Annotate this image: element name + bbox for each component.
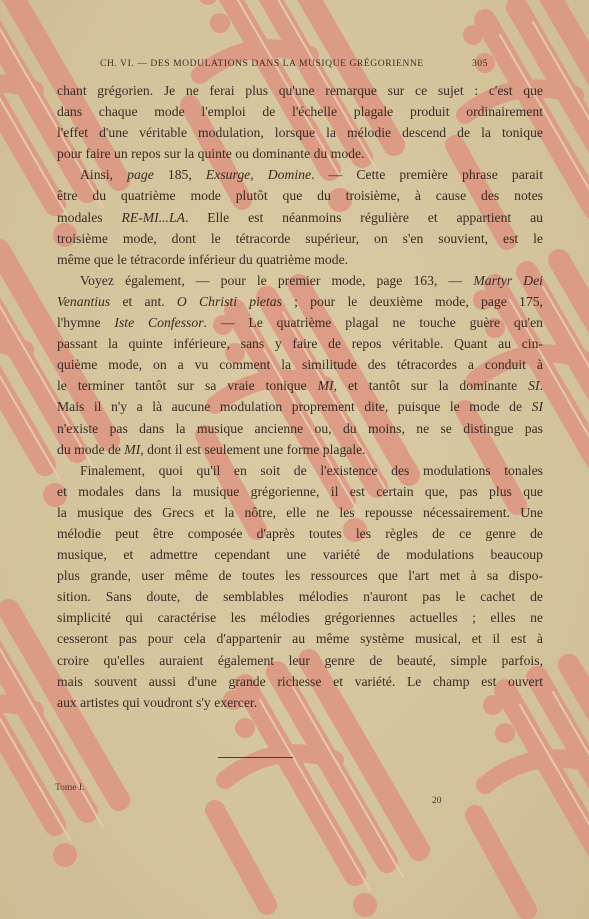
text-line: du mode de MI, dont il est seulement une… (57, 439, 543, 460)
text-run: quième mode, on a vu comment la similitu… (57, 357, 543, 372)
text-run: la musique des Grecs et la nôtre, elle n… (57, 505, 543, 520)
text-run: . (540, 378, 543, 393)
text-line: chant grégorien. Je ne ferai plus qu'une… (57, 80, 543, 101)
signature-mark: 20 (432, 796, 442, 806)
text-run: le terminer tantôt sur sa vraie tonique (57, 378, 318, 393)
signature-label: Tome I. (55, 783, 84, 793)
text-run: simplicité qui caractérise les mélodies … (57, 610, 543, 625)
text-run: passant la quinte inférieure, sans y fai… (57, 336, 543, 351)
text-run: . Elle est néanmoins régulière et appart… (185, 210, 543, 225)
text-run: . — Le quatrième plagal ne touche guère … (204, 315, 543, 330)
text-run: l'hymne (57, 315, 114, 330)
text-run: mais souvent aussi d'une grande richesse… (57, 674, 543, 689)
italic-text-run: Exsurge (206, 167, 250, 182)
italic-text-run: Martyr Dei (473, 273, 543, 288)
text-line: Voyez également, — pour le premier mode,… (57, 270, 543, 291)
text-line: Ainsi, page 185, Exsurge, Domine. — Cett… (57, 164, 543, 185)
text-run: 185, (154, 167, 206, 182)
text-run: , (250, 167, 268, 182)
text-run: Ainsi, (80, 167, 127, 182)
text-run: plus grande, user même de toutes les res… (57, 568, 543, 583)
paragraph: Ainsi, page 185, Exsurge, Domine. — Cett… (57, 164, 543, 269)
text-line: quième mode, on a vu comment la similitu… (57, 354, 543, 375)
body-text: chant grégorien. Je ne ferai plus qu'une… (57, 80, 543, 713)
text-run: . — Cette première phrase parait (311, 167, 543, 182)
text-line: cesseront pas pour cela d'appartenir au … (57, 628, 543, 649)
text-run: et modales dans la musique grégorienne, … (57, 484, 543, 499)
text-line: musique, et admettre cependant une varié… (57, 544, 543, 565)
text-run: et ant. (110, 294, 177, 309)
italic-text-run: Domine (268, 167, 311, 182)
running-head: CH. VI. — DES MODULATIONS DANS LA MUSIQU… (100, 58, 488, 69)
book-page: CH. VI. — DES MODULATIONS DANS LA MUSIQU… (0, 0, 589, 919)
italic-text-run: MI (318, 378, 334, 393)
text-line: mais souvent aussi d'une grande richesse… (57, 671, 543, 692)
text-line: pour faire un repos sur la quinte ou dom… (57, 143, 543, 164)
italic-text-run: MI (124, 442, 140, 457)
text-run: sition. Sans doute, de semblables mélodi… (57, 589, 543, 604)
text-line: le terminer tantôt sur sa vraie tonique … (57, 375, 543, 396)
page-number: 305 (472, 58, 488, 69)
text-line: Venantius et ant. O Christi pietas ; pou… (57, 291, 543, 312)
text-run: même que le tétracorde inférieur du quat… (57, 252, 348, 267)
text-run: l'effet d'une véritable modulation, lors… (57, 125, 543, 140)
running-head-title: CH. VI. — DES MODULATIONS DANS LA MUSIQU… (100, 58, 424, 69)
text-run: pour faire un repos sur la quinte ou dom… (57, 146, 365, 161)
text-line: croire qu'elles auraient également leur … (57, 650, 543, 671)
text-run: croire qu'elles auraient également leur … (57, 653, 543, 668)
text-line: et modales dans la musique grégorienne, … (57, 481, 543, 502)
text-run: n'existe pas dans la musique ancienne ou… (57, 421, 543, 436)
text-line: simplicité qui caractérise les mélodies … (57, 607, 543, 628)
text-line: l'effet d'une véritable modulation, lors… (57, 122, 543, 143)
paragraph: chant grégorien. Je ne ferai plus qu'une… (57, 80, 543, 164)
text-run: être du quatrième mode plutôt que du tro… (57, 188, 543, 203)
text-run: dans chaque mode l'emploi de l'échelle p… (57, 104, 543, 119)
text-run: aux artistes qui voudront s'y exercer. (57, 695, 257, 710)
text-run: musique, et admettre cependant une varié… (57, 547, 543, 562)
text-line: mélodie peut être composée d'après toute… (57, 523, 543, 544)
text-line: troisième mode, dont le tétracorde supér… (57, 228, 543, 249)
paragraph: Finalement, quoi qu'il en soit de l'exis… (57, 460, 543, 713)
text-run: troisième mode, dont le tétracorde supér… (57, 231, 543, 246)
text-run: mélodie peut être composée d'après toute… (57, 526, 543, 541)
text-line: Finalement, quoi qu'il en soit de l'exis… (57, 460, 543, 481)
text-run: chant grégorien. Je ne ferai plus qu'une… (57, 83, 543, 98)
text-run: , dont il est seulement une forme plagal… (140, 442, 365, 457)
italic-text-run: RE-MI...LA (121, 210, 184, 225)
paragraph: Voyez également, — pour le premier mode,… (57, 270, 543, 460)
italic-text-run: SI (528, 378, 539, 393)
text-run: Voyez également, — pour le premier mode,… (80, 273, 473, 288)
text-line: être du quatrième mode plutôt que du tro… (57, 185, 543, 206)
text-run: modales (57, 210, 121, 225)
text-line: Mais il n'y a là aucune modulation propr… (57, 396, 543, 417)
italic-text-run: SI (532, 399, 543, 414)
text-line: même que le tétracorde inférieur du quat… (57, 249, 543, 270)
italic-text-run: Venantius (57, 294, 110, 309)
text-line: aux artistes qui voudront s'y exercer. (57, 692, 543, 713)
footer-rule (218, 757, 293, 758)
text-run: Finalement, quoi qu'il en soit de l'exis… (80, 463, 543, 478)
text-line: plus grande, user même de toutes les res… (57, 565, 543, 586)
italic-text-run: O Christi pietas (177, 294, 282, 309)
text-line: la musique des Grecs et la nôtre, elle n… (57, 502, 543, 523)
italic-text-run: Iste Confessor (114, 315, 203, 330)
text-line: modales RE-MI...LA. Elle est néanmoins r… (57, 207, 543, 228)
text-line: sition. Sans doute, de semblables mélodi… (57, 586, 543, 607)
text-line: l'hymne Iste Confessor. — Le quatrième p… (57, 312, 543, 333)
text-run: cesseront pas pour cela d'appartenir au … (57, 631, 543, 646)
text-line: passant la quinte inférieure, sans y fai… (57, 333, 543, 354)
text-run: ; pour le deuxième mode, page 175, (282, 294, 543, 309)
italic-text-run: page (127, 167, 154, 182)
text-line: n'existe pas dans la musique ancienne ou… (57, 418, 543, 439)
text-run: Mais il n'y a là aucune modulation propr… (57, 399, 532, 414)
text-run: , et tantôt sur la dominante (334, 378, 529, 393)
text-line: dans chaque mode l'emploi de l'échelle p… (57, 101, 543, 122)
text-run: du mode de (57, 442, 124, 457)
